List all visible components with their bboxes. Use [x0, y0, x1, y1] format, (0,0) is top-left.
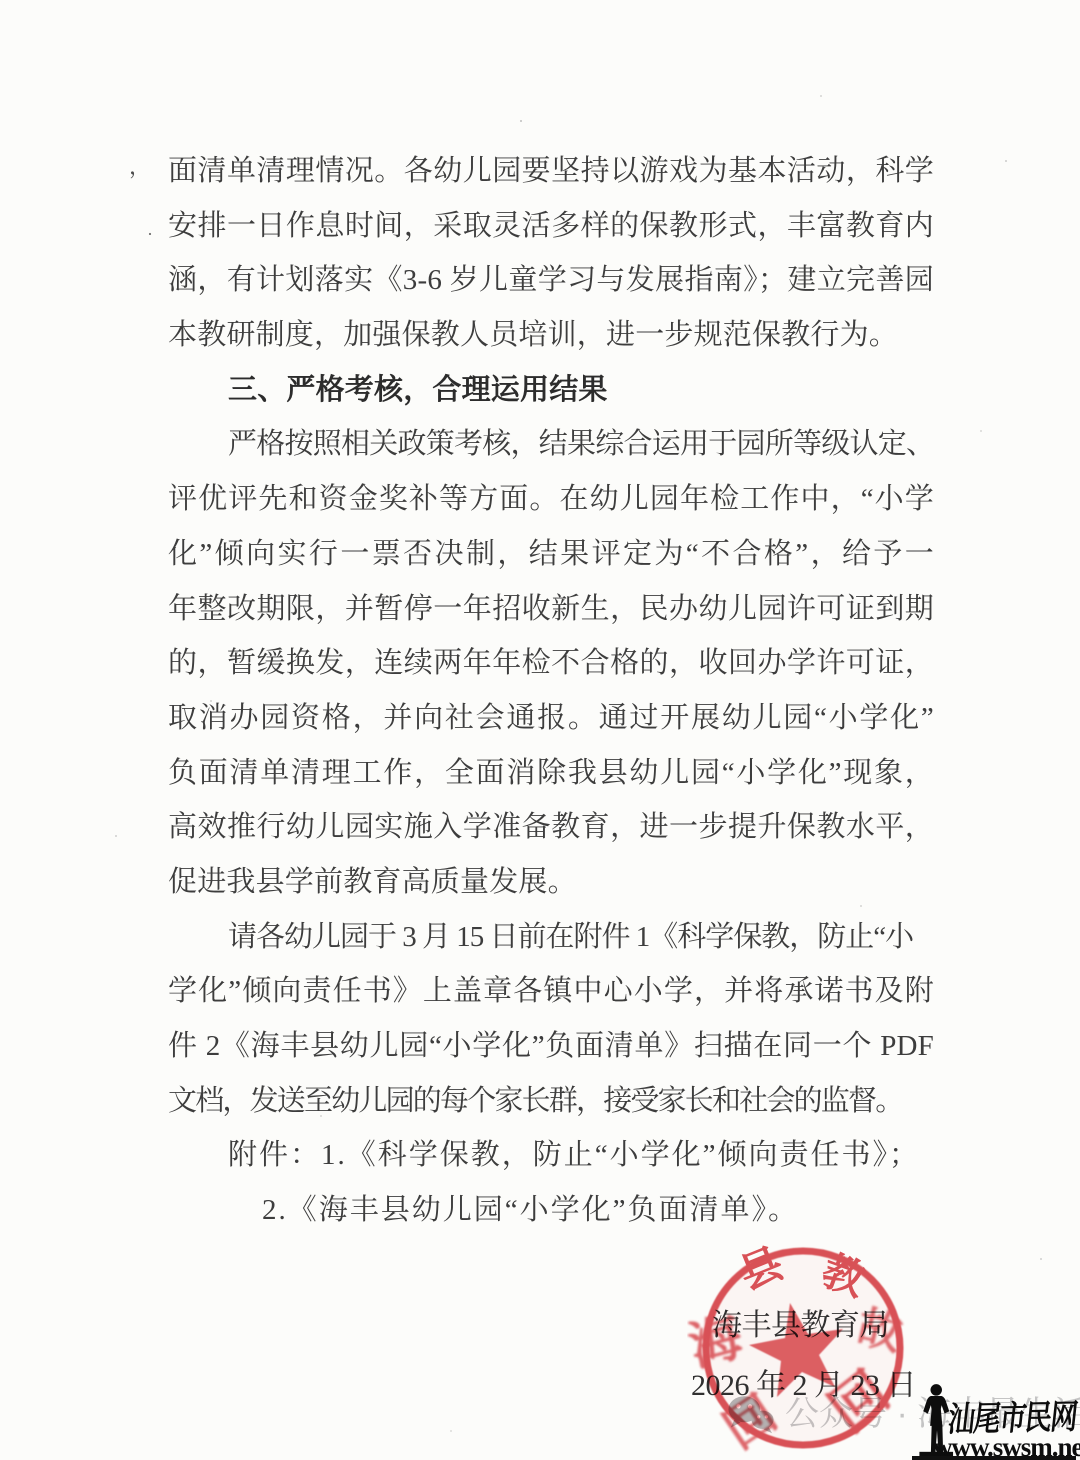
document-line: 严格按照相关政策考核，结果综合运用于园所等级认定、 [168, 417, 934, 472]
scanned-document-page: ， · 面清单清理情况。各幼儿园要坚持以游戏为基本活动，科学 安排一日作息时间，… [0, 0, 1080, 1460]
document-line: 取消办园资格，并向社会通报。通过开展幼儿园“小学化” [168, 691, 934, 746]
document-line: 化”倾向实行一票否决制，结果评定为“不合格”，给予一 [168, 527, 934, 582]
document-line: 高效推行幼儿园实施入学准备教育，进一步提升保教水平， [168, 800, 934, 855]
document-line: 涵，有计划落实《3-6 岁儿童学习与发展指南》；建立完善园 [168, 253, 934, 308]
document-line: 面清单清理情况。各幼儿园要坚持以游戏为基本活动，科学 [168, 144, 934, 199]
margin-stray-dot: · [147, 224, 153, 245]
document-line: 件 2《海丰县幼儿园“小学化”负面清单》扫描在同一个 PDF [168, 1019, 934, 1074]
document-body: 面清单清理情况。各幼儿园要坚持以游戏为基本活动，科学 安排一日作息时间，采取灵活… [168, 144, 934, 1238]
document-line: 负面清单清理工作，全面消除我县幼儿园“小学化”现象， [168, 746, 934, 801]
section-heading: 三、严格考核，合理运用结果 [168, 363, 934, 418]
official-seal-stamp: 县 教 海 故 回 回 [687, 1238, 919, 1460]
site-logo: 汕尾市民网 www.swsm.net [908, 1380, 1080, 1460]
document-line: 安排一日作息时间，采取灵活多样的保教形式，丰富教育内 [168, 199, 934, 254]
document-line: 评优评先和资金奖补等方面。在幼儿园年检工作中，“小学 [168, 472, 934, 527]
document-line: 学化”倾向责任书》上盖章各镇中心小学，并将承诺书及附 [168, 964, 934, 1019]
document-line: 的，暂缓换发，连续两年年检不合格的，收回办学许可证， [168, 636, 934, 691]
attachment-line-1: 附件：1.《科学保教，防止“小学化”倾向责任书》； [168, 1128, 934, 1183]
document-line: 请各幼儿园于 3 月 15 日前在附件 1《科学保教，防止“小 [168, 910, 934, 965]
document-line: 促进我县学前教育高质量发展。 [168, 855, 934, 910]
document-line: 本教研制度，加强保教人员培训，进一步规范保教行为。 [168, 308, 934, 363]
logo-underline [912, 1456, 1076, 1460]
attachment-line-2: 2.《海丰县幼儿园“小学化”负面清单》。 [168, 1183, 934, 1238]
scan-noise-speckles [520, 120, 522, 122]
margin-stray-comma: ， [129, 150, 151, 181]
document-line: 年整改期限，并暂停一年招收新生，民办幼儿园许可证到期 [168, 582, 934, 637]
document-line: 文档，发送至幼儿园的每个家长群，接受家长和社会的监督。 [168, 1074, 934, 1129]
